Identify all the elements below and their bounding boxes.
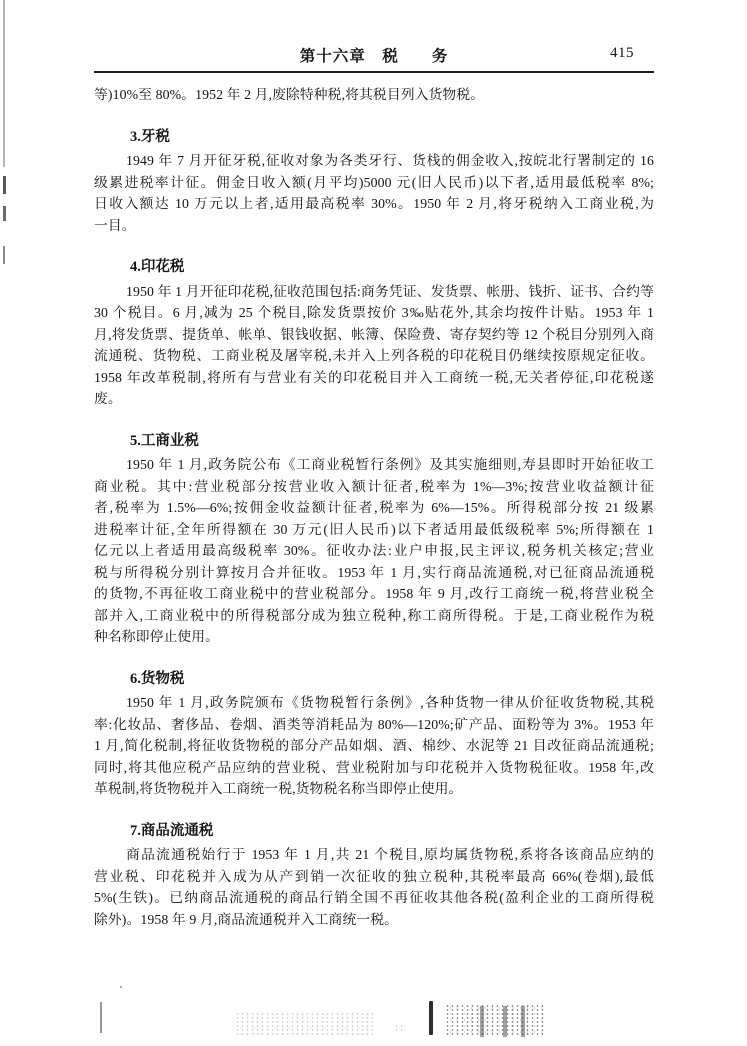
scan-edge-artifact [3, 176, 6, 194]
scan-edge-artifact [3, 0, 5, 167]
text-line: 30 个税目。6 月,减为 25 个税目,除发货票按价 3‰贴花外,其余均按件计… [94, 302, 654, 324]
sections: 3.牙税1949 年 7 月开征牙税,征收对象为各类牙行、货栈的佣金收入,按皖北… [94, 127, 654, 931]
text-line: 除外)。1958 年 9 月,商品流通税并入工商统一税。 [94, 909, 654, 931]
text-line: 1 月,简化税制,将征收货物税的部分产品如烟、酒、棉纱、水泥等 21 目改征商品… [94, 735, 654, 757]
scan-speck-artifact [394, 1024, 406, 1032]
tax-section: 7.商品流通税商品流通税始行于 1953 年 1 月,共 21 个税目,原均属货… [94, 821, 654, 931]
text-line: 1950 年 1 月,政务院颁布《货物税暂行条例》,各种货物一律从价征收货物税,… [94, 692, 654, 714]
text-line: 亿元以上者适用最高级税率 30%。征收办法:业户申报,民主评议,税务机关核定;营… [94, 540, 654, 562]
text-block: 第十六章 税 务 415 等)10%至 80%。1952 年 2 月,废除特种税… [94, 44, 654, 930]
scan-streak-artifact [503, 1006, 507, 1037]
text-line: 营业税、印花税并入成为从产到销一次征收的独立税种,其税率最高 66%(卷烟),最… [94, 866, 654, 888]
text-line: 税与所得税分别计算按月合并征收。1953 年 1 月,实行商品流通税,对已征商品… [94, 562, 654, 584]
tax-section: 3.牙税1949 年 7 月开征牙税,征收对象为各类牙行、货栈的佣金收入,按皖北… [94, 127, 654, 237]
text-line: 级累进税率计征。佣金日收入额(月平均)5000 元(旧人民币)以下者,适用最低税… [94, 172, 654, 194]
section-heading: 6.货物税 [94, 669, 654, 690]
text-line: 等)10%至 80%。1952 年 2 月,废除特种税,将其税目列入货物税。 [94, 84, 654, 106]
scan-hairline-artifact [100, 1002, 102, 1033]
scanned-book-page: { "colors": { "ink": "#141414", "paper":… [0, 0, 747, 1046]
scan-edge-artifact [3, 246, 5, 264]
section-heading: 5.工商业税 [94, 431, 654, 452]
text-line: 同时,将其他应税产品应纳的营业税、营业税附加与印花税并入货物税征收。1958 年… [94, 757, 654, 779]
text-line: 流通税、货物税、工商业税及屠宰税,未并入上列各税的印花税目仍继续按原规定征收。 [94, 345, 654, 367]
section-heading: 4.印花税 [94, 257, 654, 278]
text-line: 进税率计征,全年所得额在 30 万元(旧人民币)以下者适用最低级税率 5%;所得… [94, 519, 654, 541]
tax-section: 6.货物税1950 年 1 月,政务院颁布《货物税暂行条例》,各种货物一律从价征… [94, 669, 654, 800]
scan-edge-artifact [3, 206, 6, 221]
scan-smudge-artifact [445, 1004, 545, 1037]
text-line: 一目。 [94, 215, 654, 237]
text-line: 商品流通税始行于 1953 年 1 月,共 21 个税目,原均属货物税,系将各该… [94, 844, 654, 866]
running-header: 第十六章 税 务 415 [94, 44, 654, 73]
text-line: 部并入,工商业税中的所得税部分成为独立税种,称工商所得税。于是,工商业税作为税 [94, 605, 654, 627]
text-line: 商业税。其中:营业税部分按营业收入额计征者,税率为 1%—3%;按营业收益额计征 [94, 476, 654, 498]
text-line: 1950 年 1 月开征印花税,征收范围包括:商务凭证、发货票、帐册、钱折、证书… [94, 281, 654, 303]
scan-streak-artifact [480, 1006, 484, 1037]
text-line: 率:化妆品、奢侈品、卷烟、酒类等消耗品为 80%—120%;矿产品、面粉等为 3… [94, 714, 654, 736]
text-line: 革税制,将货物税并入工商统一税,货物税名称当即停止使用。 [94, 778, 654, 800]
section-heading: 3.牙税 [94, 127, 654, 148]
text-line: 的货物,不再征收工商业税中的营业税部分。1958 年 9 月,改行工商统一税,将… [94, 583, 654, 605]
scan-ink-bar-artifact [429, 1001, 433, 1035]
text-line: 日收入额达 10 万元以上者,适用最高税率 30%。1950 年 2 月,将牙税… [94, 193, 654, 215]
text-line: 1949 年 7 月开征牙税,征收对象为各类牙行、货栈的佣金收入,按皖北行署制定… [94, 150, 654, 172]
text-line: 月,将发货票、提货单、帐单、银钱收据、帐簿、保险费、寄存契约等 12 个税目分别… [94, 324, 654, 346]
page-background: 第十六章 税 务 415 等)10%至 80%。1952 年 2 月,废除特种税… [0, 0, 747, 1046]
tax-section: 4.印花税1950 年 1 月开征印花税,征收范围包括:商务凭证、发货票、帐册、… [94, 257, 654, 410]
text-line: 5%(生铁)。已纳商品流通税的商品行销全国不再征收其他各税(盈利企业的工商所得税 [94, 887, 654, 909]
text-line: 废。 [94, 388, 654, 410]
text-line: 1950 年 1 月,政务院公布《工商业税暂行条例》及其实施细则,寿县即时开始征… [94, 454, 654, 476]
page-number: 415 [610, 45, 634, 62]
text-line: 种名称即停止使用。 [94, 626, 654, 648]
text-line: 1958 年改革税制,将所有与营业有关的印花税目并入工商统一税,无关者停征,印花… [94, 367, 654, 389]
scan-streak-artifact [521, 1006, 525, 1037]
tax-section: 5.工商业税1950 年 1 月,政务院公布《工商业税暂行条例》及其实施细则,寿… [94, 431, 654, 648]
chapter-title: 第十六章 税 务 [94, 44, 654, 66]
continued-paragraph: 等)10%至 80%。1952 年 2 月,废除特种税,将其税目列入货物税。 [94, 84, 654, 106]
scan-smudge-artifact [235, 1012, 373, 1036]
section-heading: 7.商品流通税 [94, 821, 654, 842]
text-line: 者,税率为 1.5%—6%;按佣金收益额计征者,税率为 6%—15%。所得税部分… [94, 497, 654, 519]
scan-dot-artifact [120, 986, 122, 988]
